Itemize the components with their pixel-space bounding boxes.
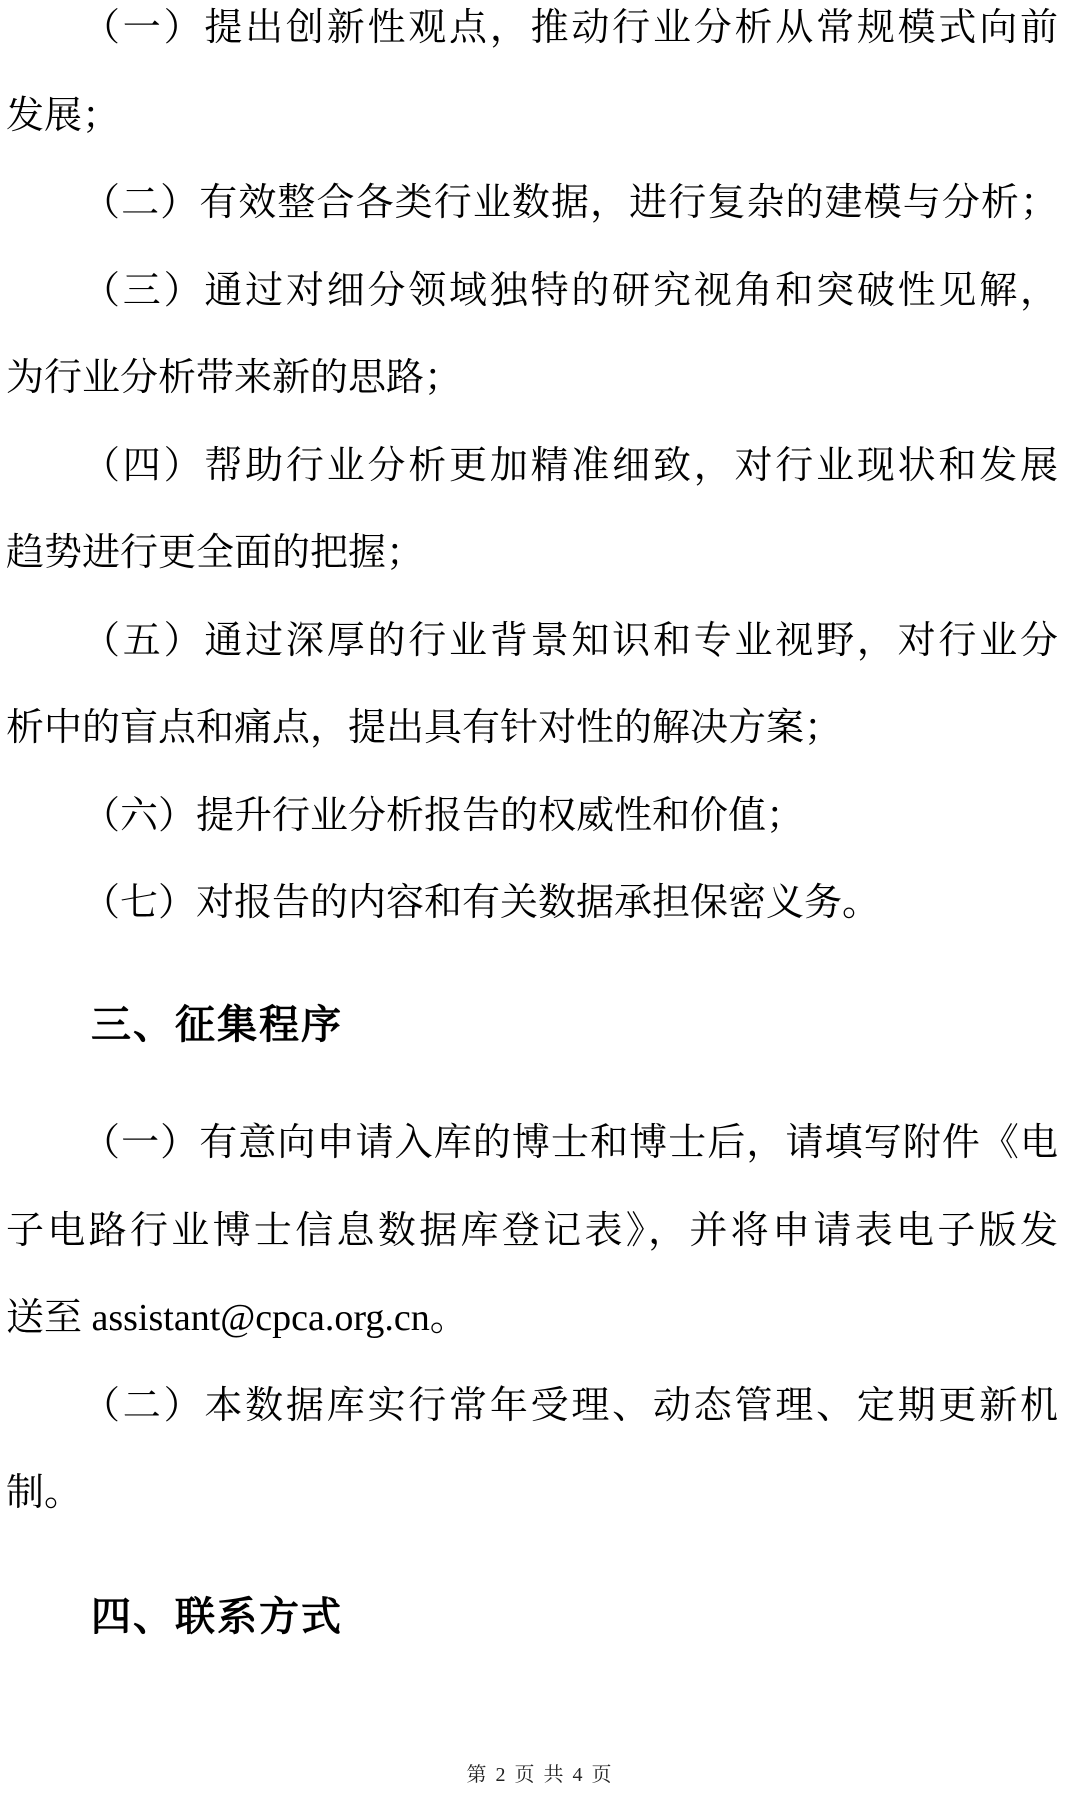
body-line: （六）提升行业分析报告的权威性和价值； <box>6 773 1058 861</box>
body-line: 发展； <box>6 73 1058 161</box>
body-line: （三）通过对细分领域独特的研究视角和突破性见解， <box>6 248 1058 336</box>
section-heading-collection-procedure: 三、征集程序 <box>6 982 1058 1070</box>
body-line: （一）有意向申请入库的博士和博士后，请填写附件《电 <box>6 1100 1058 1188</box>
body-line: （二）有效整合各类行业数据，进行复杂的建模与分析； <box>6 160 1058 248</box>
body-line: 为行业分析带来新的思路； <box>6 335 1058 423</box>
page-footer: 第 2 页 共 4 页 <box>0 1758 1080 1787</box>
body-line: （七）对报告的内容和有关数据承担保密义务。 <box>6 860 1058 948</box>
body-line: （一）提出创新性观点，推动行业分析从常规模式向前 <box>6 0 1058 73</box>
body-line: （五）通过深厚的行业背景知识和专业视野，对行业分 <box>6 598 1058 686</box>
body-line: （二）本数据库实行常年受理、动态管理、定期更新机 <box>6 1363 1058 1451</box>
section-heading-contact-info: 四、联系方式 <box>6 1574 1058 1662</box>
body-line: 子电路行业博士信息数据库登记表》，并将申请表电子版发 <box>6 1188 1058 1276</box>
body-line: 趋势进行更全面的把握； <box>6 510 1058 598</box>
document-body: （一）提出创新性观点，推动行业分析从常规模式向前 发展； （二）有效整合各类行业… <box>6 0 1058 1661</box>
body-line: 制。 <box>6 1450 1058 1538</box>
body-line-email: 送至 assistant@cpca.org.cn。 <box>6 1275 1058 1363</box>
body-line: （四）帮助行业分析更加精准细致，对行业现状和发展 <box>6 423 1058 511</box>
body-line: 析中的盲点和痛点，提出具有针对性的解决方案； <box>6 685 1058 773</box>
